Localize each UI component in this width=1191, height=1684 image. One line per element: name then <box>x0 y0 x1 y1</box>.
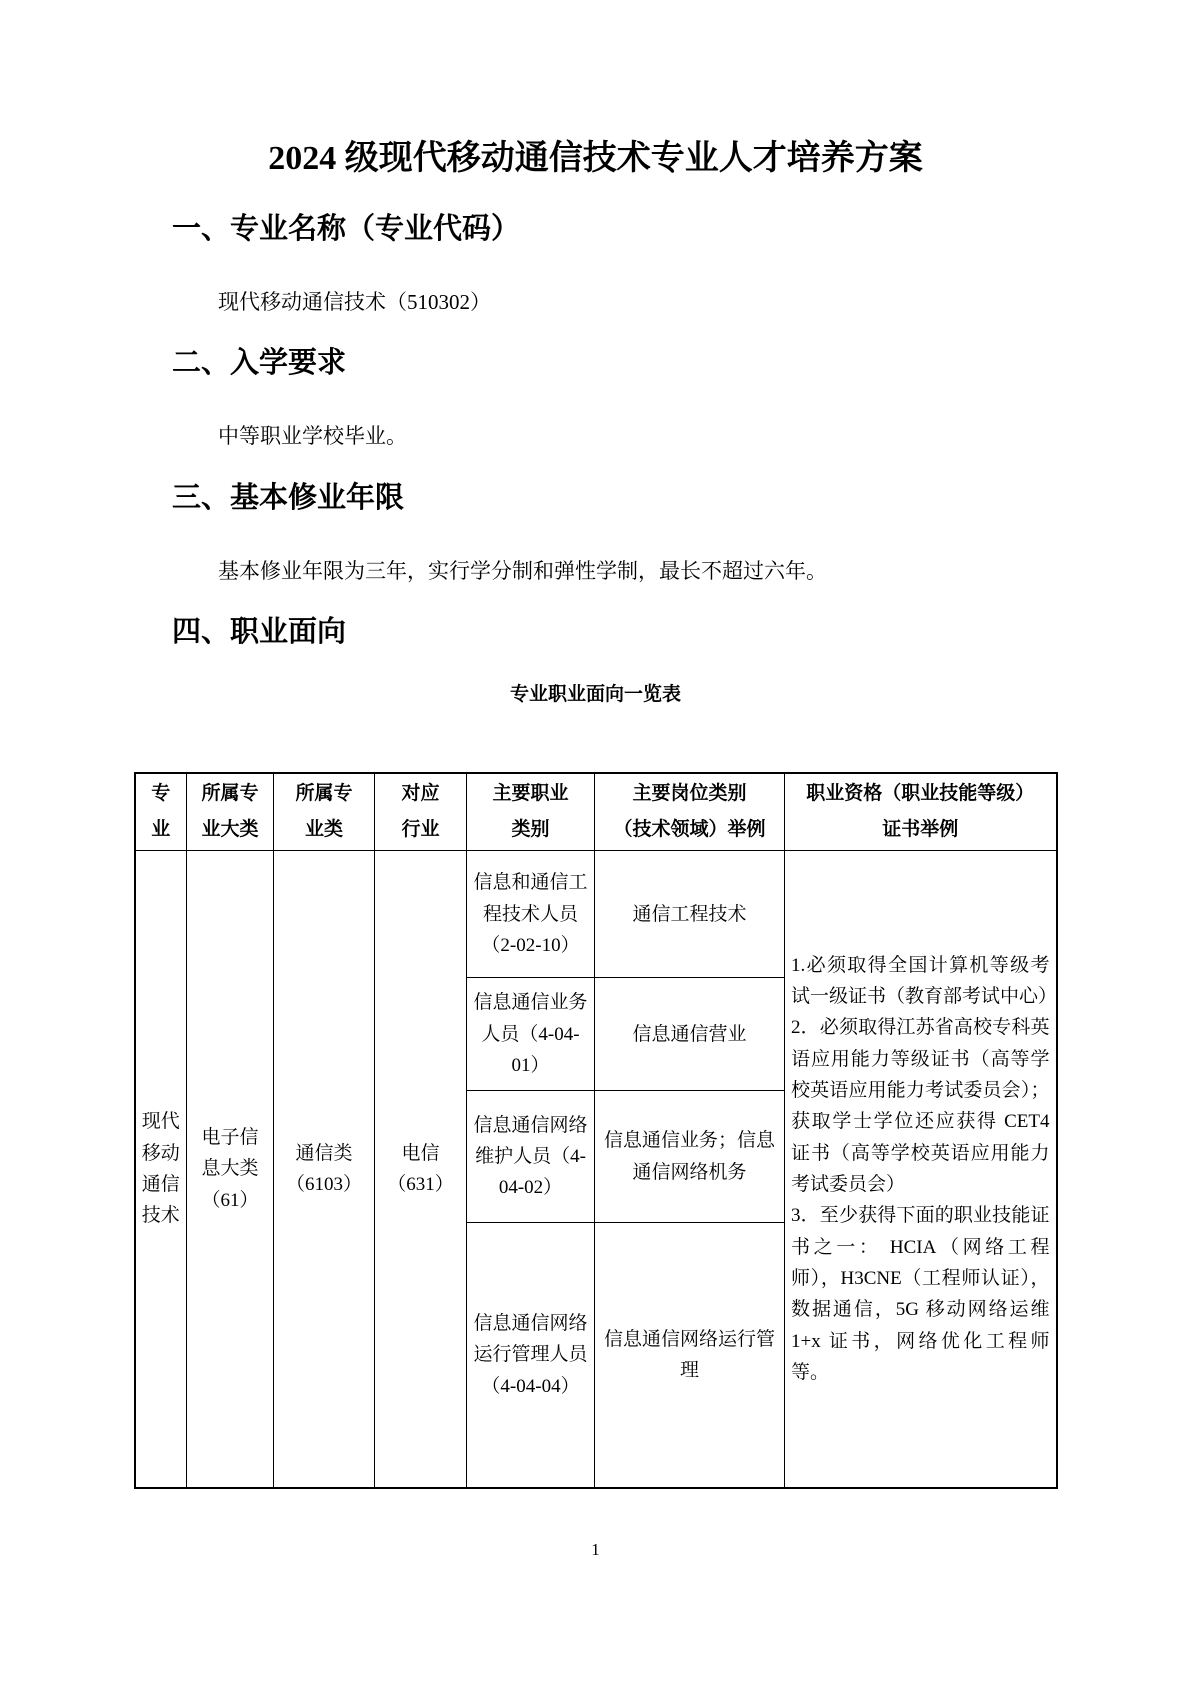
cell-occupation-1: 信息和通信工程技术人员（2-02-10） <box>467 851 595 978</box>
cell-occupation-2: 信息通信业务人员（4-04-01） <box>467 978 595 1091</box>
cell-category: 通信类（6103） <box>274 851 375 1488</box>
table-row: 现代移动通信技术 电子信息大类（61） 通信类（6103） 电信（631） 信息… <box>135 851 1057 978</box>
cell-occupation-4: 信息通信网络运行管理人员（4-04-04） <box>467 1223 595 1488</box>
section-heading-2: 二、入学要求 <box>172 345 1191 381</box>
col-header-industry: 对应 行业 <box>375 773 467 851</box>
cell-position-3: 信息通信业务；信息通信网络机务 <box>595 1091 785 1223</box>
section-heading-3: 三、基本修业年限 <box>172 480 1191 516</box>
col-header-certificate: 职业资格（职业技能等级） 证书举例 <box>785 773 1057 851</box>
certificate-item-1: 1.必须取得全国计算机等级考试一级证书（教育部考试中心） <box>791 950 1050 1013</box>
cell-position-2: 信息通信营业 <box>595 978 785 1091</box>
col-header-position: 主要岗位类别 （技术领域）举例 <box>595 773 785 851</box>
col-header-category: 所属专 业类 <box>274 773 375 851</box>
cell-major: 现代移动通信技术 <box>135 851 187 1488</box>
cell-position-1: 通信工程技术 <box>595 851 785 978</box>
certificate-item-2: 2．必须取得江苏省高校专科英语应用能力等级证书（高等学校英语应用能力考试委员会）… <box>791 1012 1050 1200</box>
section-heading-1: 一、专业名称（专业代码） <box>172 211 1191 247</box>
section-body-2: 中等职业学校毕业。 <box>218 423 1191 449</box>
cell-industry: 电信（631） <box>375 851 467 1488</box>
cell-occupation-3: 信息通信网络维护人员（4-04-02） <box>467 1091 595 1223</box>
cell-position-4: 信息通信网络运行管理 <box>595 1223 785 1488</box>
cell-certificates: 1.必须取得全国计算机等级考试一级证书（教育部考试中心） 2．必须取得江苏省高校… <box>785 851 1057 1488</box>
section-body-3: 基本修业年限为三年，实行学分制和弹性学制，最长不超过六年。 <box>218 558 1191 584</box>
document-page: 2024 级现代移动通信技术专业人才培养方案 一、专业名称（专业代码） 现代移动… <box>0 0 1191 1684</box>
career-orientation-table: 专 业 所属专 业大类 所属专 业类 对应 行业 主要职业 类别 主要岗位类别 … <box>134 772 1058 1489</box>
table-header-row: 专 业 所属专 业大类 所属专 业类 对应 行业 主要职业 类别 主要岗位类别 … <box>135 773 1057 851</box>
certificate-item-3: 3．至少获得下面的职业技能证书之一： HCIA（网络工程师），H3CNE（工程师… <box>791 1200 1050 1388</box>
cell-major-category: 电子信息大类（61） <box>187 851 274 1488</box>
section-body-1: 现代移动通信技术（510302） <box>218 289 1191 315</box>
table-caption: 专业职业面向一览表 <box>0 684 1191 707</box>
col-header-major-category: 所属专 业大类 <box>187 773 274 851</box>
section-heading-4: 四、职业面向 <box>172 614 1191 650</box>
col-header-major: 专 业 <box>135 773 187 851</box>
document-title: 2024 级现代移动通信技术专业人才培养方案 <box>0 0 1191 181</box>
col-header-occupation: 主要职业 类别 <box>467 773 595 851</box>
page-number: 1 <box>0 1540 1191 1560</box>
